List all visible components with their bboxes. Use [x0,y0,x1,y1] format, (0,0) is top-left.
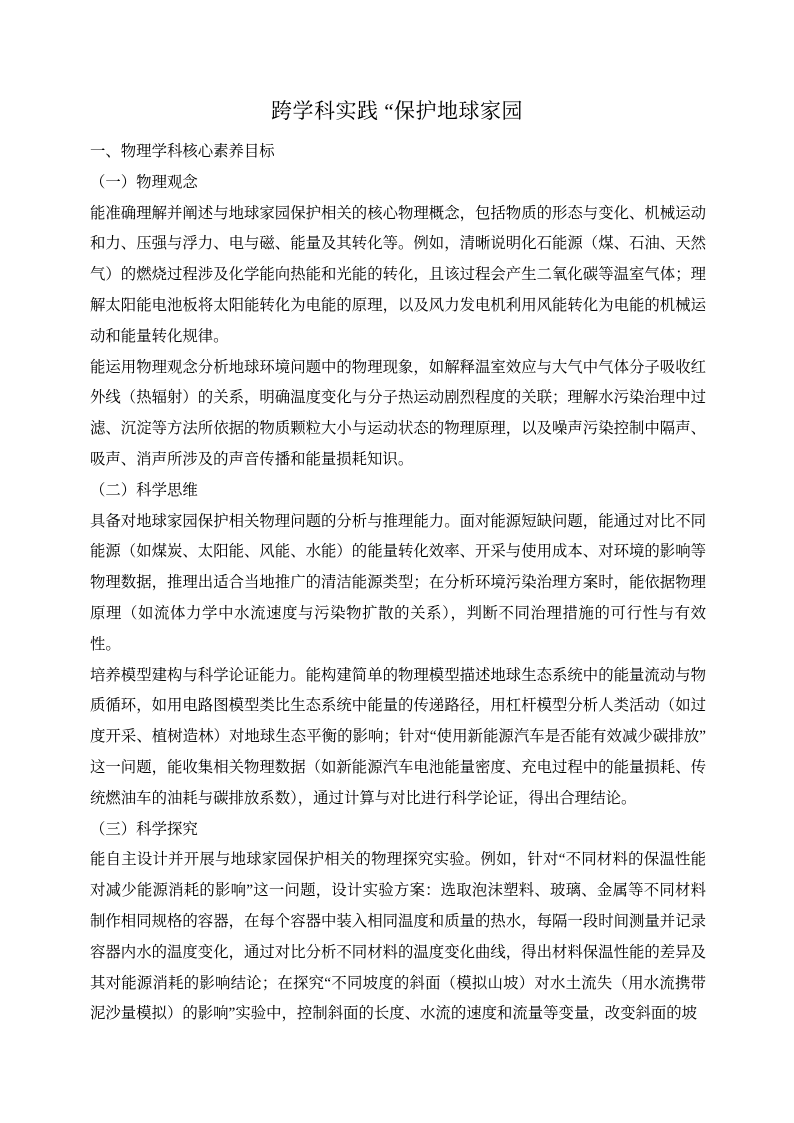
subheading-scientific-inquiry: （三）科学探究 [90,815,706,846]
paragraph-scientific-thinking-1: 具备对地球家园保护相关物理问题的分析与推理能力。面对能源短缺问题，能通过对比不同… [90,507,706,661]
document-page: 跨学科实践 “保护地球家园 一、物理学科核心素养目标 （一）物理观念 能准确理解… [0,0,794,1123]
paragraph-physics-concepts-1: 能准确理解并阐述与地球家园保护相关的核心物理概念，包括物质的形态与变化、机械运动… [90,199,706,353]
paragraph-scientific-thinking-2: 培养模型建构与科学论证能力。能构建简单的物理模型描述地球生态系统中的能量流动与物… [90,661,706,815]
section-heading-core-literacy-goals: 一、物理学科核心素养目标 [90,137,706,168]
subheading-physics-concepts: （一）物理观念 [90,168,706,199]
document-body: 一、物理学科核心素养目标 （一）物理观念 能准确理解并阐述与地球家园保护相关的核… [90,137,706,1030]
paragraph-physics-concepts-2: 能运用物理观念分析地球环境问题中的物理现象，如解释温室效应与大气中气体分子吸收红… [90,353,706,476]
subheading-scientific-thinking: （二）科学思维 [90,476,706,507]
paragraph-scientific-inquiry-1: 能自主设计并开展与地球家园保护相关的物理探究实验。例如，针对“不同材料的保温性能… [90,845,706,1030]
document-title: 跨学科实践 “保护地球家园 [0,94,794,128]
